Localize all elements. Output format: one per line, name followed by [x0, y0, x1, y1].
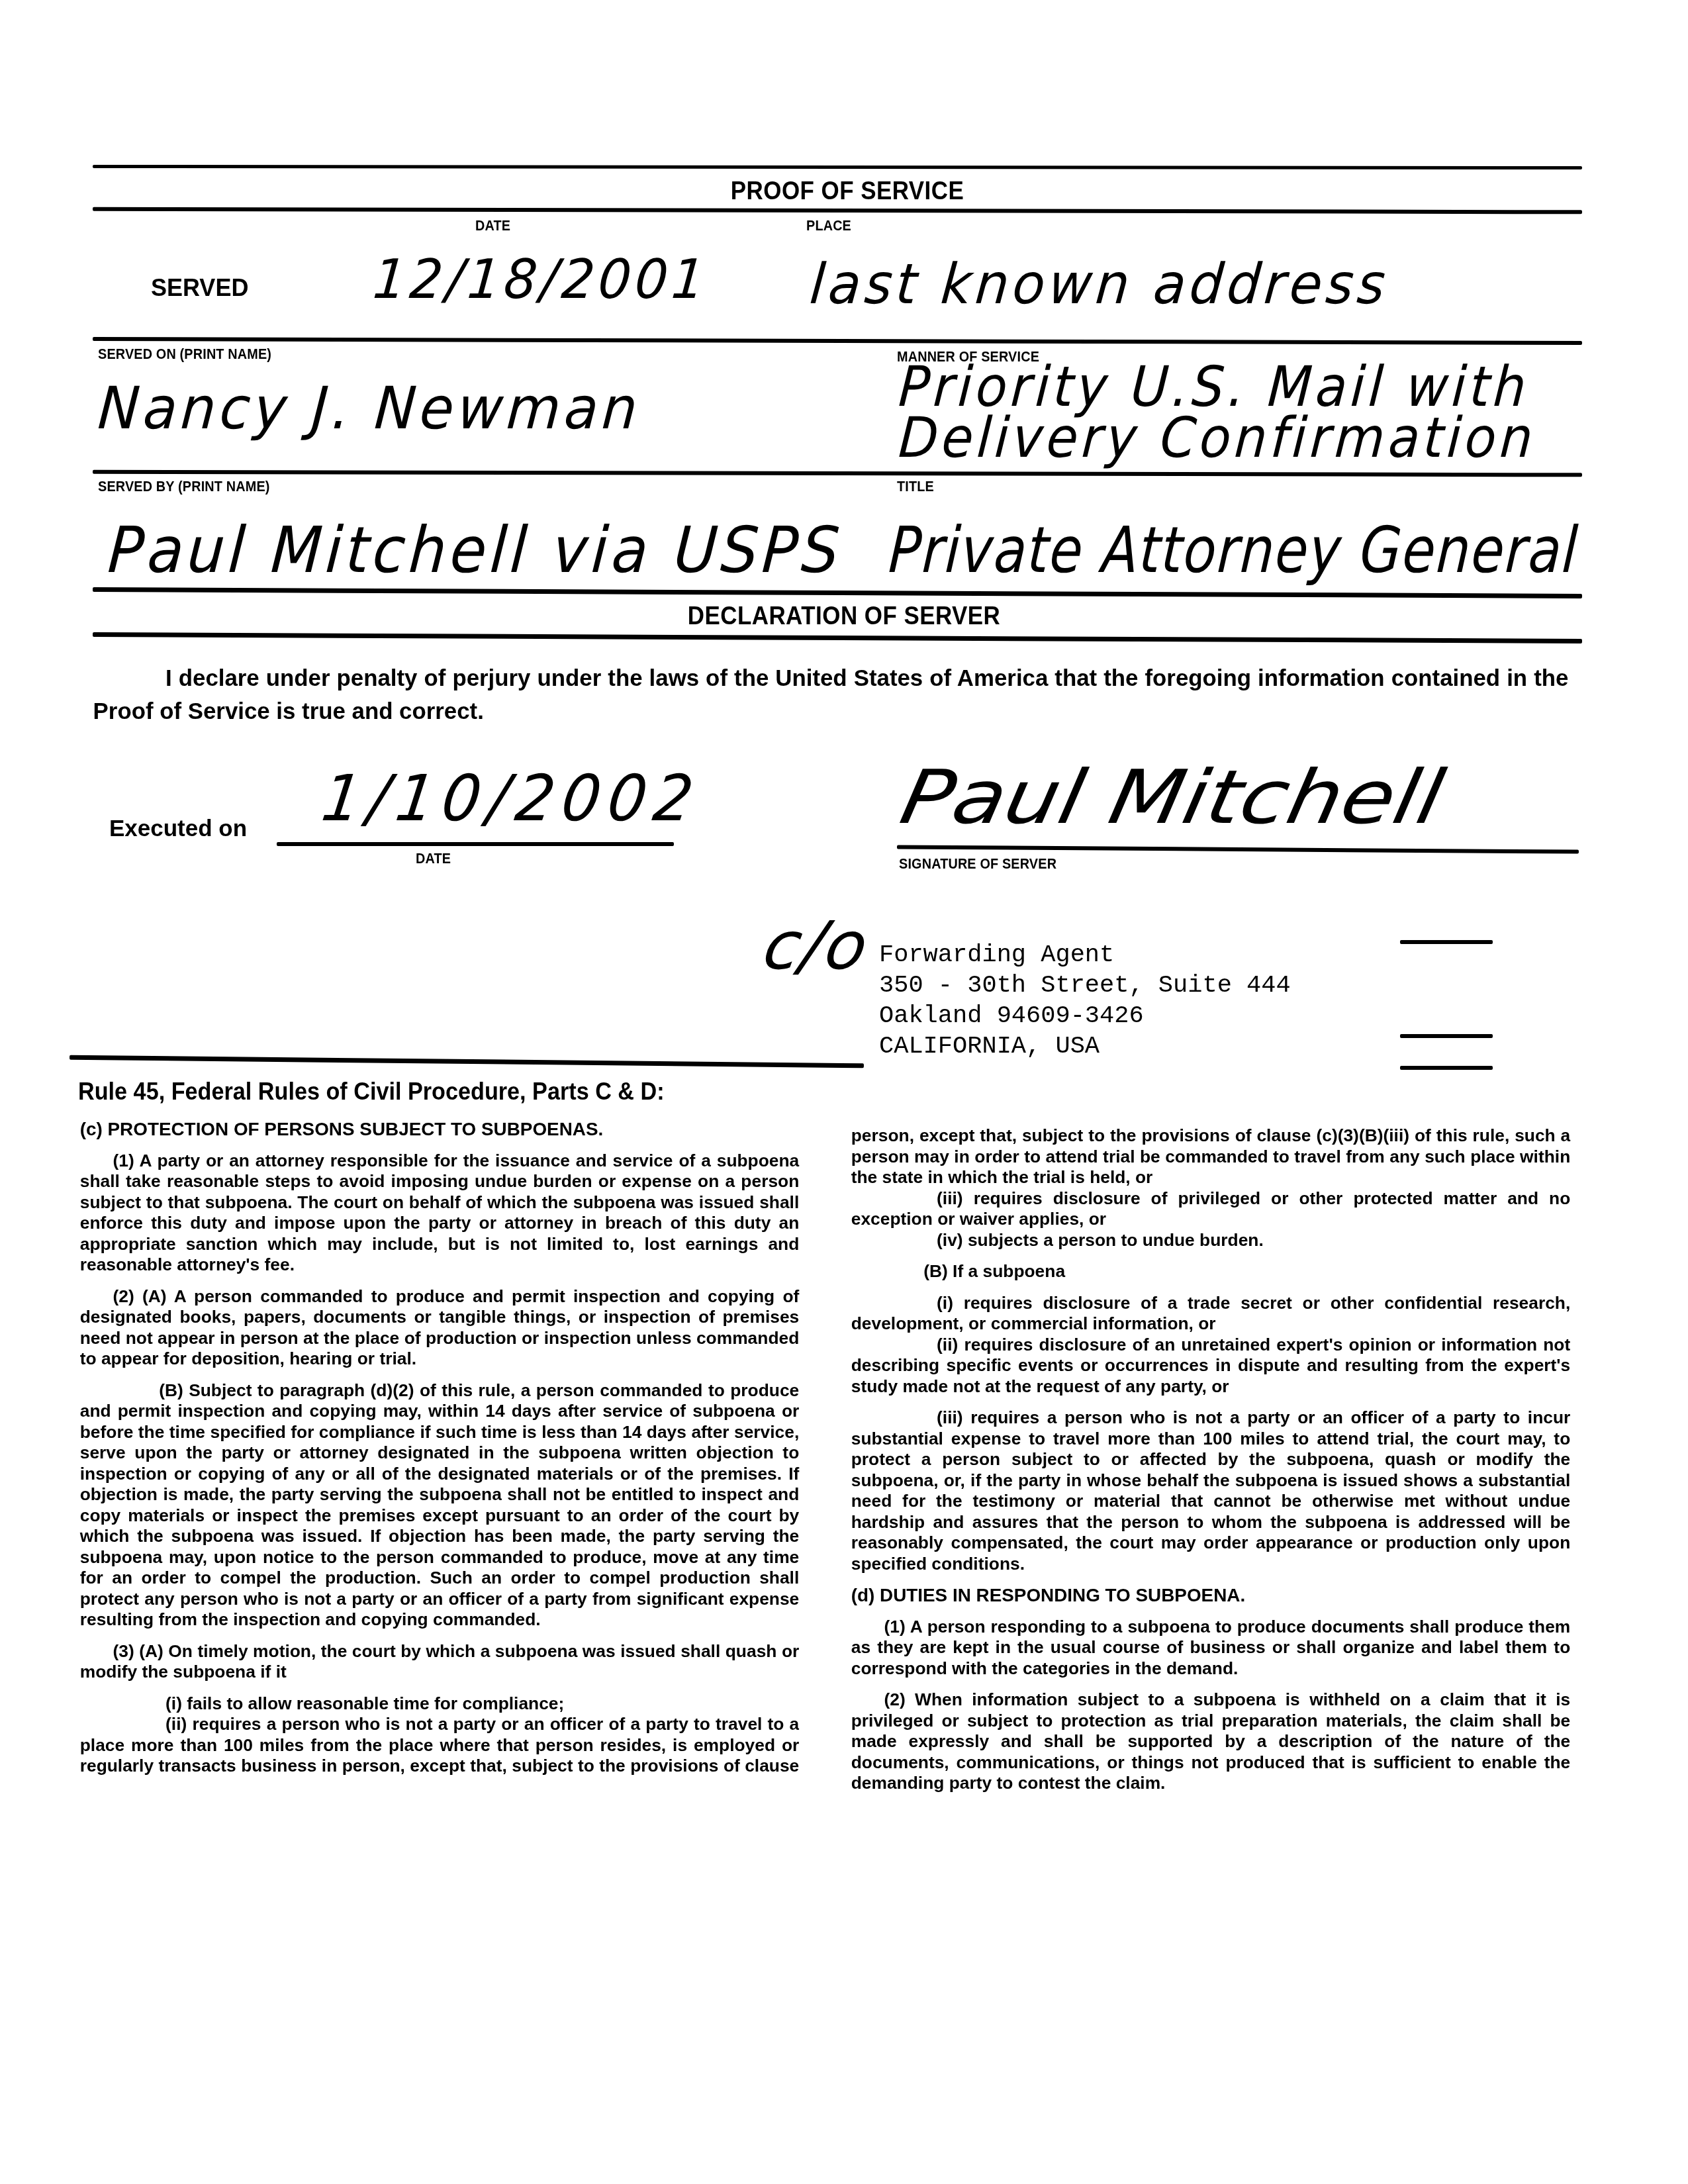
executed-date-line — [277, 842, 674, 846]
served-place-value: last known address — [808, 252, 1391, 316]
paragraph-d2: (2) When information subject to a subpoe… — [851, 1689, 1571, 1794]
served-by-label: SERVED BY (PRINT NAME) — [98, 478, 270, 495]
server-signature: Paul Mitchell — [894, 755, 1451, 841]
address-line-1: Forwarding Agent — [879, 940, 1114, 971]
paragraph-c2a: (2) (A) A person commanded to produce an… — [80, 1286, 800, 1370]
address-line-3: Oakland 94609-3426 — [879, 1001, 1144, 1031]
paragraph-c3a-i: (i) fails to allow reasonable time for c… — [80, 1693, 800, 1715]
paragraph-c3b-ii: (ii) requires disclosure of an unretaine… — [851, 1335, 1571, 1398]
served-date-value: 12/18/2001 — [371, 248, 711, 311]
address-line-2: 350 - 30th Street, Suite 444 — [879, 971, 1291, 1001]
signature-caption: SIGNATURE OF SERVER — [899, 855, 1056, 873]
paragraph-c1: (1) A party or an attorney responsible f… — [80, 1151, 800, 1276]
served-on-value: Nancy J. Newman — [96, 374, 643, 442]
served-on-label: SERVED ON (PRINT NAME) — [98, 346, 271, 363]
served-rule — [93, 337, 1582, 345]
rule-45-right-column: person, except that, subject to the prov… — [851, 1125, 1571, 1805]
served-by-rule — [93, 587, 1582, 598]
served-label: SERVED — [151, 274, 248, 302]
paragraph-c3b-iii: (iii) requires a person who is not a par… — [851, 1407, 1571, 1574]
signature-line — [897, 845, 1579, 853]
top-rule — [93, 165, 1582, 169]
rule-45-title: Rule 45, Federal Rules of Civil Procedur… — [78, 1078, 665, 1106]
rule-45-left-column: (c) PROTECTION OF PERSONS SUBJECT TO SUB… — [80, 1119, 800, 1780]
executed-date-caption: DATE — [416, 850, 451, 867]
place-label: PLACE — [806, 217, 851, 234]
paragraph-c3a-ii: (ii) requires a person who is not a part… — [80, 1714, 800, 1780]
paragraph-c2b: (B) Subject to paragraph (d)(2) of this … — [80, 1380, 800, 1631]
proof-of-service-title: PROOF OF SERVICE — [677, 177, 1017, 206]
section-c-heading: (c) PROTECTION OF PERSONS SUBJECT TO SUB… — [80, 1119, 800, 1140]
address-mark-2 — [1400, 1034, 1493, 1038]
paragraph-d1: (1) A person responding to a subpoena to… — [851, 1617, 1571, 1680]
served-by-value: Paul Mitchell via USPS — [106, 513, 845, 587]
declaration-title: DECLARATION OF SERVER — [652, 602, 1036, 631]
served-on-rule — [93, 470, 1582, 477]
title-label: TITLE — [897, 478, 934, 495]
care-of-mark: c/o — [758, 907, 874, 984]
section-d-heading: (d) DUTIES IN RESPONDING TO SUBPOENA. — [851, 1585, 1571, 1606]
title-rule — [93, 207, 1582, 214]
paragraph-c3b: (B) If a subpoena — [851, 1261, 1571, 1282]
paragraph-c3a-iii: (iii) requires disclosure of privileged … — [851, 1188, 1571, 1230]
server-title-value: Private Attorney General — [887, 513, 1581, 587]
manner-of-service-line2: Delivery Confirmation — [897, 405, 1538, 470]
executed-on-label: Executed on — [109, 816, 247, 842]
declaration-text: I declare under penalty of perjury under… — [93, 662, 1569, 728]
address-line-4: CALIFORNIA, USA — [879, 1031, 1100, 1062]
address-mark-3 — [1400, 1066, 1493, 1070]
executed-date-value: 1/10/2002 — [318, 761, 705, 835]
address-mark-1 — [1400, 940, 1493, 944]
paragraph-c3a-ii-continued: person, except that, subject to the prov… — [851, 1125, 1571, 1188]
date-label: DATE — [475, 217, 510, 234]
declaration-rule — [93, 632, 1582, 643]
paragraph-c3b-i: (i) requires disclosure of a trade secre… — [851, 1293, 1571, 1335]
paragraph-c3a-iv: (iv) subjects a person to undue burden. — [851, 1230, 1571, 1251]
paragraph-c3a: (3) (A) On timely motion, the court by w… — [80, 1641, 800, 1683]
rule-section-divider — [70, 1055, 864, 1068]
